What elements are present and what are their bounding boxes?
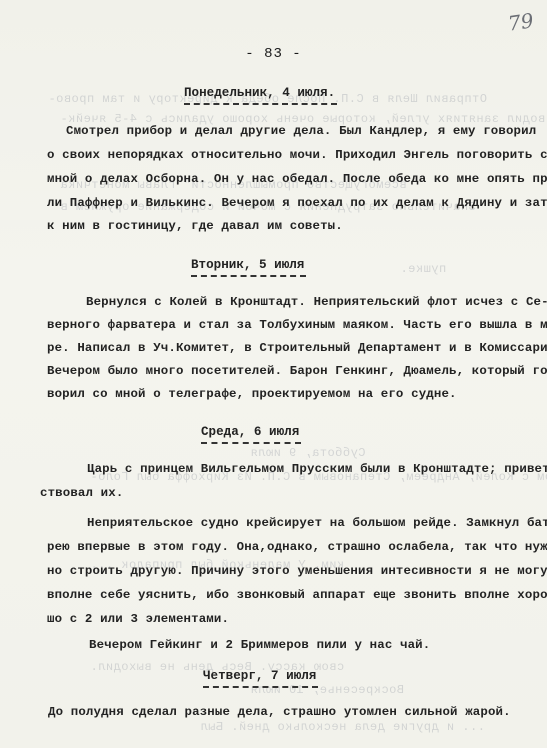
text-line: Вернулся с Колей в Кронштадт. Неприятель… — [86, 295, 547, 309]
text-line: Неприятельское судно крейсирует на больш… — [87, 516, 547, 530]
text-line: Царь с принцем Вильгельмом Прусским были… — [87, 462, 547, 476]
handwritten-page-number: 79 — [506, 8, 535, 35]
text-line: верного фарватера и стал за Толбухиным м… — [47, 318, 547, 332]
entry-heading: Понедельник, 4 июля. — [184, 86, 335, 100]
entry-heading: Среда, 6 июля — [201, 425, 299, 439]
text-line: но строить другую. Причину этого уменьше… — [47, 564, 547, 578]
text-line: ре. Написал в Уч.Комитет, в Строительный… — [47, 341, 547, 355]
text-line: Вечером было много посетителей. Барон Ге… — [47, 364, 547, 378]
text-line: ли Паффнер и Вилькинс. Вечером я поехал … — [47, 196, 547, 210]
text-line: мной о делах Осборна. Он у нас обедал. П… — [47, 172, 547, 186]
text-line: ворил со мной о телеграфе, проектируемом… — [47, 387, 457, 401]
text-line: ствовал их. — [40, 486, 123, 500]
text-line: к ним в гостиницу, где давал им советы. — [47, 219, 343, 233]
text-line: о своих непорядках относительно мочи. Пр… — [47, 148, 547, 162]
entry-heading: Четверг, 7 июля — [203, 669, 316, 683]
text-line: вполне себе уяснить, ибо звонковый аппар… — [47, 588, 547, 602]
text-line: Смотрел прибор и делал другие дела. Был … — [66, 124, 536, 138]
text-line: Вечером Гейкинг и 2 Бриммеров пили у нас… — [89, 638, 430, 652]
text-line: До полудня сделал разные дела, страшно у… — [48, 705, 511, 719]
text-line: шо с 2 или 3 элементами. — [47, 612, 229, 626]
document-page: Отправил Шеля в С.П. После обеда к дирек… — [0, 0, 547, 748]
typed-page-number: - 83 - — [0, 46, 547, 62]
entry-heading: Вторник, 5 июля — [191, 258, 304, 272]
text-line: рею впервые в этом году. Она,однако, стр… — [47, 540, 547, 554]
